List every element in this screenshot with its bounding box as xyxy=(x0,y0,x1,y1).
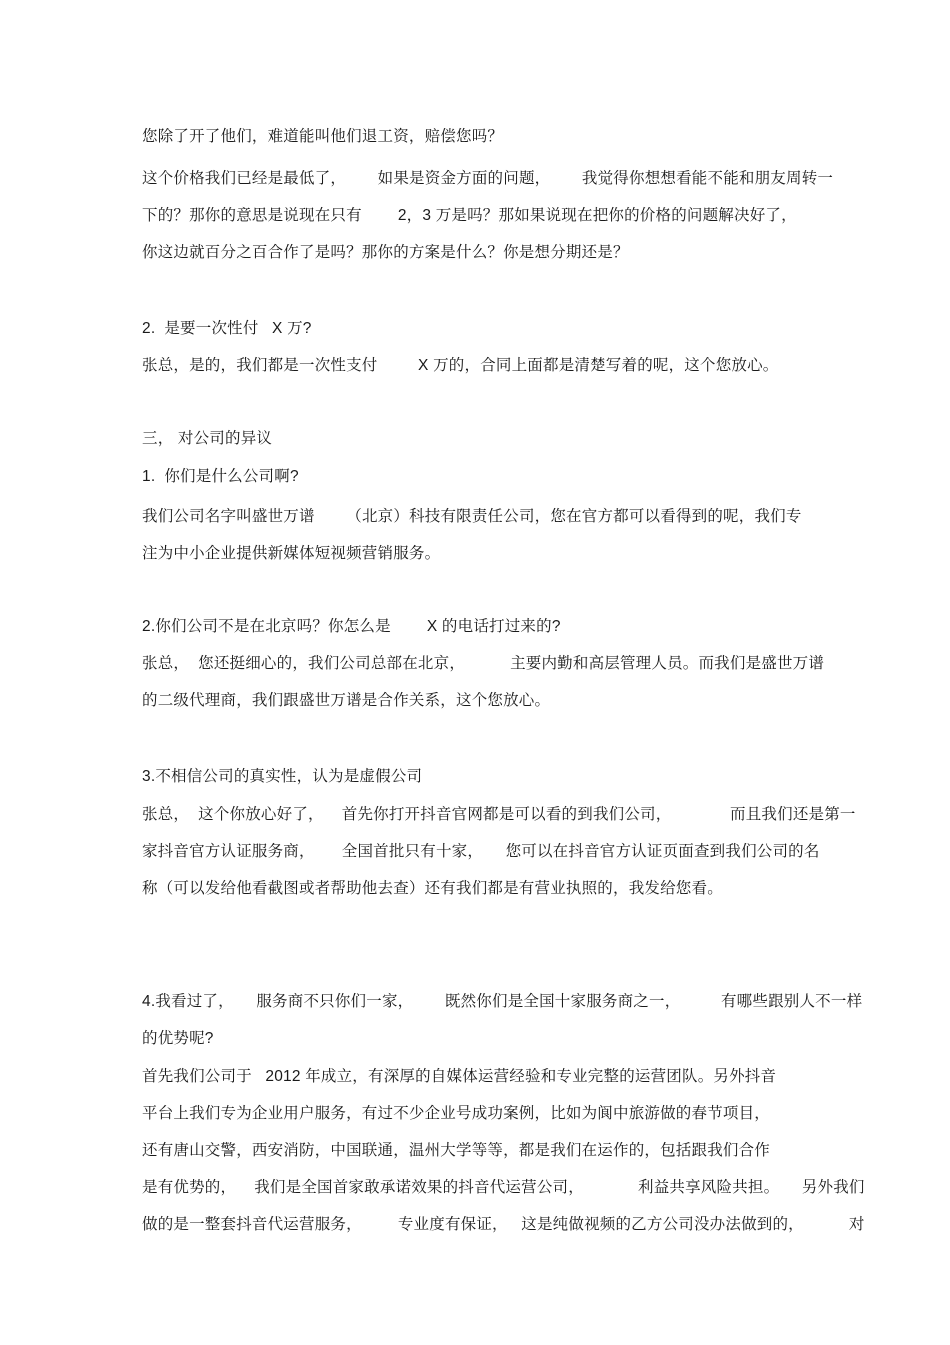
answer-line: 的二级代理商，我们跟盛世万谱是合作关系，这个您放心。 xyxy=(142,682,902,719)
answer-company-name: 我们公司名字叫盛世万谱 （北京）科技有限责任公司，您在官方都可以看得到的呢，我们… xyxy=(142,498,902,572)
answer-line: 平台上我们专为企业用户服务，有过不少企业号成功案例，比如为阆中旅游做的春节项目， xyxy=(142,1095,902,1132)
text-line: 这个价格我们已经是最低了， 如果是资金方面的问题， 我觉得你想想看能不能和朋友周… xyxy=(142,160,902,197)
question-line: 的优势呢? xyxy=(142,1020,902,1057)
answer-line: 张总， 您还挺细心的，我们公司总部在北京， 主要内勤和高层管理人员。而我们是盛世… xyxy=(142,645,902,682)
answer-line: 张总， 这个你放心好了， 首先你打开抖音官网都是可以看的到我们公司， 而且我们还… xyxy=(142,796,902,833)
paragraph-staff-refund-reply: 您除了开了他们，难道能叫他们退工资，赔偿您吗？ xyxy=(142,118,902,155)
document-page: 您除了开了他们，难道能叫他们退工资，赔偿您吗？ 这个价格我们已经是最低了， 如果… xyxy=(0,0,950,1345)
section-heading-company-objections: 三， 对公司的异议 xyxy=(142,420,902,457)
question-line: 3.不相信公司的真实性，认为是虚假公司 xyxy=(142,758,902,795)
section-heading-text: 三， 对公司的异议 xyxy=(142,420,902,457)
qa-block-one-time-payment: 2. 是要一次性付 X 万? 张总，是的，我们都是一次性支付 X 万的，合同上面… xyxy=(142,310,902,384)
text-line: 你这边就百分之百合作了是吗？那你的方案是什么？你是想分期还是？ xyxy=(142,234,902,271)
answer-line: 是有优势的， 我们是全国首家敢承诺效果的抖音代运营公司， 利益共享风险共担。 另… xyxy=(142,1169,902,1206)
question-fake-company: 3.不相信公司的真实性，认为是虚假公司 xyxy=(142,758,902,795)
question-line: 2.你们公司不是在北京吗？你怎么是 X 的电话打过来的? xyxy=(142,608,902,645)
answer-line: 还有唐山交警，西安消防，中国联通，温州大学等等，都是我们在运作的，包括跟我们合作 xyxy=(142,1132,902,1169)
answer-line: 称（可以发给他看截图或者帮助他去查）还有我们都是有营业执照的，我发给您看。 xyxy=(142,870,902,907)
answer-line: 注为中小企业提供新媒体短视频营销服务。 xyxy=(142,535,902,572)
answer-company-advantages: 首先我们公司于 2012 年成立，有深厚的自媒体运营经验和专业完整的运营团队。另… xyxy=(142,1058,902,1243)
question-service-provider-advantages: 4.我看过了， 服务商不只你们一家， 既然你们是全国十家服务商之一， 有哪些跟别… xyxy=(142,983,902,1057)
question-line: 1. 你们是什么公司啊? xyxy=(142,458,902,495)
text-line: 下的？那你的意思是说现在只有 2，3 万是吗？那如果说现在把你的价格的问题解决好… xyxy=(142,197,902,234)
answer-line: 张总，是的，我们都是一次性支付 X 万的，合同上面都是清楚写着的呢，这个您放心。 xyxy=(142,347,902,384)
question-line: 4.我看过了， 服务商不只你们一家， 既然你们是全国十家服务商之一， 有哪些跟别… xyxy=(142,983,902,1020)
answer-line: 家抖音官方认证服务商， 全国首批只有十家， 您可以在抖音官方认证页面查到我们公司… xyxy=(142,833,902,870)
answer-line: 我们公司名字叫盛世万谱 （北京）科技有限责任公司，您在官方都可以看得到的呢，我们… xyxy=(142,498,902,535)
answer-line: 做的是一整套抖音代运营服务， 专业度有保证， 这是纯做视频的乙方公司没办法做到的… xyxy=(142,1206,902,1243)
answer-line: 首先我们公司于 2012 年成立，有深厚的自媒体运营经验和专业完整的运营团队。另… xyxy=(142,1058,902,1095)
question-what-company: 1. 你们是什么公司啊? xyxy=(142,458,902,495)
question-line: 2. 是要一次性付 X 万? xyxy=(142,310,902,347)
answer-company-authenticity: 张总， 这个你放心好了， 首先你打开抖音官网都是可以看的到我们公司， 而且我们还… xyxy=(142,796,902,907)
question-company-not-in-beijing: 2.你们公司不是在北京吗？你怎么是 X 的电话打过来的? xyxy=(142,608,902,645)
answer-beijing-headquarters: 张总， 您还挺细心的，我们公司总部在北京， 主要内勤和高层管理人员。而我们是盛世… xyxy=(142,645,902,719)
paragraph-price-lowest-reply: 这个价格我们已经是最低了， 如果是资金方面的问题， 我觉得你想想看能不能和朋友周… xyxy=(142,160,902,271)
text-line: 您除了开了他们，难道能叫他们退工资，赔偿您吗？ xyxy=(142,118,902,155)
